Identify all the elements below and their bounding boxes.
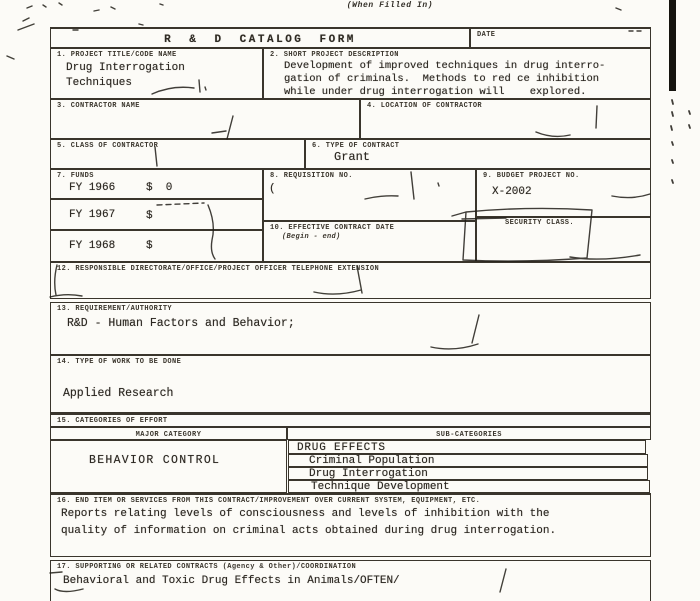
field-8-requisition-cell: 8. REQUISITION NO. ( — [263, 169, 476, 221]
major-category-header-cell: MAJOR CATEGORY — [50, 427, 287, 440]
field-8-label: 8. REQUISITION NO. — [264, 170, 355, 180]
field-7-funds-fy1966-cell: 7. FUNDS FY 1966 $ 0 — [50, 169, 263, 199]
field-17-label: 17. SUPPORTING OR RELATED CONTRACTS (Age… — [51, 561, 358, 571]
field-2-description-cell: 2. SHORT PROJECT DESCRIPTION Development… — [263, 48, 651, 99]
field-14-value: Applied Research — [63, 387, 173, 400]
field-15-label: 15. CATEGORIES OF EFFORT — [51, 415, 169, 425]
field-1-value: Drug Interrogation Techniques — [66, 61, 185, 91]
sub-categories-header: SUB-CATEGORIES — [288, 431, 650, 439]
sub-category-row: Criminal Population — [288, 454, 648, 467]
field-13-label: 13. REQUIREMENT/AUTHORITY — [51, 303, 174, 313]
field-9-label: 9. BUDGET PROJECT NO. — [477, 170, 582, 180]
field-16-value: Reports relating levels of consciousness… — [61, 506, 556, 540]
field-7-funds-fy1968-cell: FY 1968 $ — [50, 230, 263, 262]
major-category-cell: BEHAVIOR CONTROL — [50, 440, 287, 493]
field-2-label: 2. SHORT PROJECT DESCRIPTION — [264, 49, 401, 59]
sub-category-row: DRUG EFFECTS — [288, 440, 646, 454]
field-11-security-class-cell: SECURITY CLASS. — [476, 217, 651, 262]
major-category-value: BEHAVIOR CONTROL — [89, 454, 220, 467]
field-3-contractor-name-cell: 3. CONTRACTOR NAME — [50, 99, 360, 139]
form-title-cell: R & D CATALOG FORM — [50, 27, 470, 48]
field-16-label: 16. END ITEM OR SERVICES FROM THIS CONTR… — [51, 495, 482, 505]
major-category-header: MAJOR CATEGORY — [51, 431, 286, 439]
field-10-sublabel: (Begin - end) — [282, 233, 341, 241]
funds-fy1968: FY 1968 — [69, 240, 115, 253]
field-5-label: 5. CLASS OF CONTRACTOR — [51, 140, 160, 150]
field-7-funds-fy1967-cell: FY 1967 $ — [50, 199, 263, 230]
sub-categories-header-cell: SUB-CATEGORIES — [287, 427, 651, 440]
field-4-label: 4. LOCATION OF CONTRACTOR — [361, 100, 484, 110]
field-5-class-cell: 5. CLASS OF CONTRACTOR — [50, 139, 305, 169]
field-10-label: 10. EFFECTIVE CONTRACT DATE — [264, 222, 396, 232]
field-6-label: 6. TYPE OF CONTRACT — [306, 140, 401, 150]
field-10-contract-date-cell: 10. EFFECTIVE CONTRACT DATE (Begin - end… — [263, 221, 476, 262]
funds-fy1966: FY 1966 — [69, 182, 115, 195]
scan-artifact-bar — [669, 0, 676, 91]
field-2-value: Development of improved techniques in dr… — [284, 60, 605, 99]
form-title: R & D CATALOG FORM — [51, 34, 469, 46]
field-13-value: R&D - Human Factors and Behavior; — [67, 317, 295, 330]
when-filled-in-watermark: (When Filled In) — [295, 1, 485, 10]
field-1-label: 1. PROJECT TITLE/CODE NAME — [51, 49, 179, 59]
field-17-value: Behavioral and Toxic Drug Effects in Ani… — [63, 575, 400, 588]
funds-fy1967: FY 1967 — [69, 209, 115, 222]
field-13-requirement-cell: 13. REQUIREMENT/AUTHORITY R&D - Human Fa… — [50, 302, 651, 355]
field-11-label: SECURITY CLASS. — [499, 217, 576, 227]
field-12-directorate-cell: 12. RESPONSIBLE DIRECTORATE/OFFICE/PROJE… — [50, 262, 651, 299]
field-6-type-of-contract-cell: 6. TYPE OF CONTRACT Grant — [305, 139, 651, 169]
field-14-type-of-work-cell: 14. TYPE OF WORK TO BE DONE Applied Rese… — [50, 355, 651, 413]
field-1-project-title-cell: 1. PROJECT TITLE/CODE NAME Drug Interrog… — [50, 48, 263, 99]
field-9-budget-project-cell: 9. BUDGET PROJECT NO. X-2002 — [476, 169, 651, 217]
date-label: DATE — [471, 29, 497, 39]
date-cell: DATE — [470, 27, 651, 48]
field-6-value: Grant — [334, 151, 370, 164]
field-15-categories-header-cell: 15. CATEGORIES OF EFFORT — [50, 413, 651, 427]
field-8-value: ( — [269, 183, 276, 196]
funds-fy1967-amount: $ — [146, 210, 153, 223]
field-9-value: X-2002 — [492, 186, 532, 199]
field-16-end-item-cell: 16. END ITEM OR SERVICES FROM THIS CONTR… — [50, 493, 651, 557]
sub-category-row: Drug Interrogation — [288, 467, 648, 480]
field-17-supporting-contracts-cell: 17. SUPPORTING OR RELATED CONTRACTS (Age… — [50, 560, 651, 601]
field-3-label: 3. CONTRACTOR NAME — [51, 100, 142, 110]
sub-category-row: Technique Development — [288, 480, 650, 493]
field-4-location-cell: 4. LOCATION OF CONTRACTOR — [360, 99, 651, 139]
field-12-label: 12. RESPONSIBLE DIRECTORATE/OFFICE/PROJE… — [51, 263, 381, 273]
field-7-label: 7. FUNDS — [51, 170, 96, 180]
scanned-document-page: (When Filled In) R & D CATALOG FORM DATE… — [0, 0, 700, 601]
funds-fy1968-amount: $ — [146, 240, 153, 253]
field-14-label: 14. TYPE OF WORK TO BE DONE — [51, 356, 183, 366]
funds-fy1966-amount: $ 0 — [146, 182, 172, 195]
